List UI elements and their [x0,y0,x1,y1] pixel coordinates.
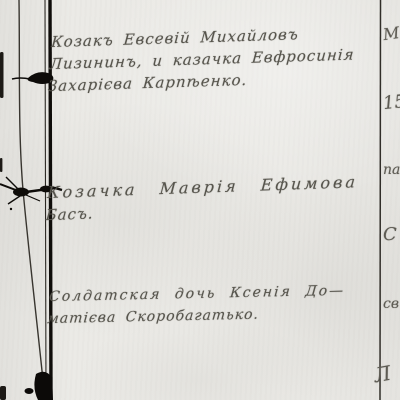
page-edge-smears [0,52,6,400]
ink-blot-upper-tail [12,78,30,79]
ink-blot-bottom [25,372,54,400]
right-column-fragment: св [383,296,399,312]
right-column-fragment: М [382,23,400,44]
right-column-fragment: 15 [382,91,400,114]
left-margin-rule-thin [19,0,45,400]
register-entry: Солдатская дочь Ксенія До— матієва Скоро… [46,280,346,330]
right-column-rule [380,0,381,400]
right-column-fragment: С [383,224,397,245]
right-column-fragment: Л [372,361,393,388]
register-entry: Козакъ Евсевій Михайловъ Лизининъ, и каз… [47,21,357,97]
right-column-fragment: па [383,162,400,178]
scanned-register-page: Козакъ Евсевій Михайловъ Лизининъ, и каз… [0,0,400,400]
